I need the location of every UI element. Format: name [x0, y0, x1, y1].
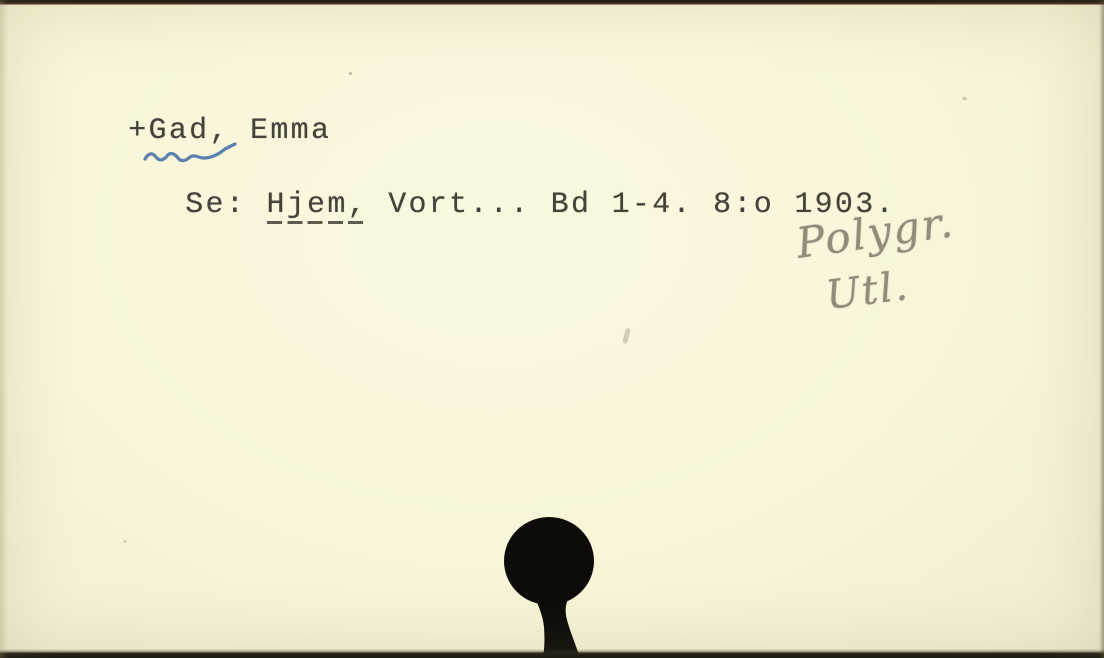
paper-speck	[123, 540, 127, 543]
catalog-card-scan: +Gad , Emma Se: Hjem, Vort... Bd 1-4. 8:…	[0, 0, 1104, 658]
card-bottom-edge	[0, 649, 1104, 658]
card-right-edge	[1099, 0, 1104, 658]
heading-surname-wrap: Gad	[149, 116, 210, 146]
reference-prefix: Se:	[185, 188, 266, 222]
reference-title-underlined: Hjem,	[266, 190, 368, 220]
hole-punch-icon	[500, 515, 600, 658]
card-left-edge	[0, 0, 8, 658]
reference-line: Se: Hjem, Vort... Bd 1-4. 8:o 1903.	[104, 160, 896, 250]
paper-speck	[349, 72, 352, 75]
paper-speck	[962, 97, 967, 100]
card-top-edge	[0, 0, 1104, 5]
pencil-annotation-utl: Utl.	[824, 263, 912, 319]
faint-smudge-mark	[622, 328, 631, 345]
